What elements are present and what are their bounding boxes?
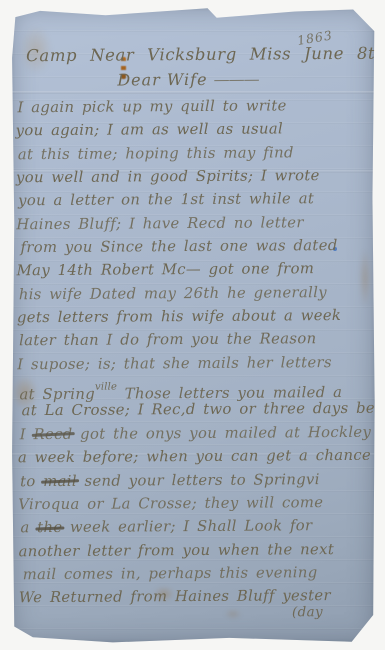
letter-line: (day (21, 600, 375, 626)
salutation-text: Dear Wife (117, 70, 207, 90)
letter-line: you a letter on the 1st inst while at (18, 187, 372, 213)
line-text: mail comes in, perhaps this evening (23, 564, 318, 583)
line-text: Viroqua or La Crosse; they will come (18, 494, 323, 513)
line-text: at Spring (19, 386, 95, 404)
letter-line: from you Since the last one was dated (20, 234, 372, 260)
letter-paper-sheet: 1863 Camp Near Vicksburg Miss June 8th D… (11, 7, 375, 643)
line-text: send your letters to Springvi (77, 471, 320, 490)
letter-line: May 14th Robert Mc— got one from (17, 257, 373, 283)
letter-line: at Springville Those letters you mailed … (19, 374, 373, 400)
letter-line: gets letters from his wife about a week (17, 304, 373, 330)
struck-word: Recd (33, 426, 72, 443)
line-text: from you Since the last one was dated (20, 237, 337, 256)
line-text: gets letters from his wife about a week (17, 307, 341, 326)
line-text: Haines Bluff; I have Recd no letter (16, 214, 304, 233)
line-text: you well and in good Spirits; I wrote (16, 167, 320, 186)
line-text: at this time; hoping this may find (18, 144, 294, 163)
line-text: at La Crosse; I Rec,d two or three days … (22, 400, 376, 419)
line-text: I supose; is; that she mails her letters (17, 354, 332, 373)
line-text: you again; I am as well as usual (16, 121, 284, 140)
line-text: another letter from you when the next (19, 541, 335, 560)
line-text: (day (292, 604, 323, 620)
letter-salutation: Dear Wife ——— (117, 70, 258, 90)
line-text: a week before; when you can get a chance (18, 447, 371, 466)
line-text: to (20, 473, 43, 490)
line-text: got the onys you mailed at Hockley (73, 424, 372, 443)
letter-line: I Recd got the onys you mailed at Hockle… (20, 421, 374, 447)
letter-photograph: 1863 Camp Near Vicksburg Miss June 8th D… (0, 0, 385, 650)
line-text: you a letter on the 1st inst while at (18, 191, 314, 210)
line-text: week earlier; I Shall Look for (62, 517, 312, 536)
line-text: ville (95, 382, 117, 393)
letter-line: I again pick up my quill to write (17, 94, 371, 120)
letter-line: to mail send your letters to Springvi (20, 467, 374, 493)
letter-line: mail comes in, perhaps this evening (23, 561, 375, 587)
line-text: May 14th Robert Mc— got one from (17, 261, 315, 280)
letter-line: his wife Dated may 26th he generally (19, 280, 373, 306)
line-text: Those letters you mailed a (117, 384, 342, 403)
letter-line: later than I do from you the Reason (19, 327, 373, 353)
salutation-dash: ——— (214, 70, 259, 89)
letter-body: I again pick up my quill to writeyou aga… (15, 94, 375, 626)
letter-line: you well and in good Spirits; I wrote (16, 164, 372, 190)
handwritten-text: 1863 Camp Near Vicksburg Miss June 8th D… (9, 6, 377, 645)
letter-line: a the week earlier; I Shall Look for (20, 514, 374, 540)
letter-line: at this time; hoping this may find (18, 140, 372, 166)
letter-line: another letter from you when the next (18, 537, 374, 563)
line-text: his wife Dated may 26th he generally (19, 284, 327, 303)
letter-line: Haines Bluff; I have Recd no letter (16, 210, 372, 236)
letter-line: Viroqua or La Crosse; they will come (18, 491, 374, 517)
letter-line: I supose; is; that she mails her letters (17, 351, 373, 377)
struck-word: mail (43, 472, 77, 489)
letter-line: you again; I am as well as usual (16, 117, 372, 143)
line-text: I again pick up my quill to write (17, 97, 286, 116)
line-text: later than I do from you the Reason (19, 331, 316, 350)
letter-dateline: Camp Near Vicksburg Miss June 8th (26, 44, 371, 65)
struck-word: the (37, 519, 62, 536)
letter-line: a week before; when you can get a chance (18, 444, 374, 470)
